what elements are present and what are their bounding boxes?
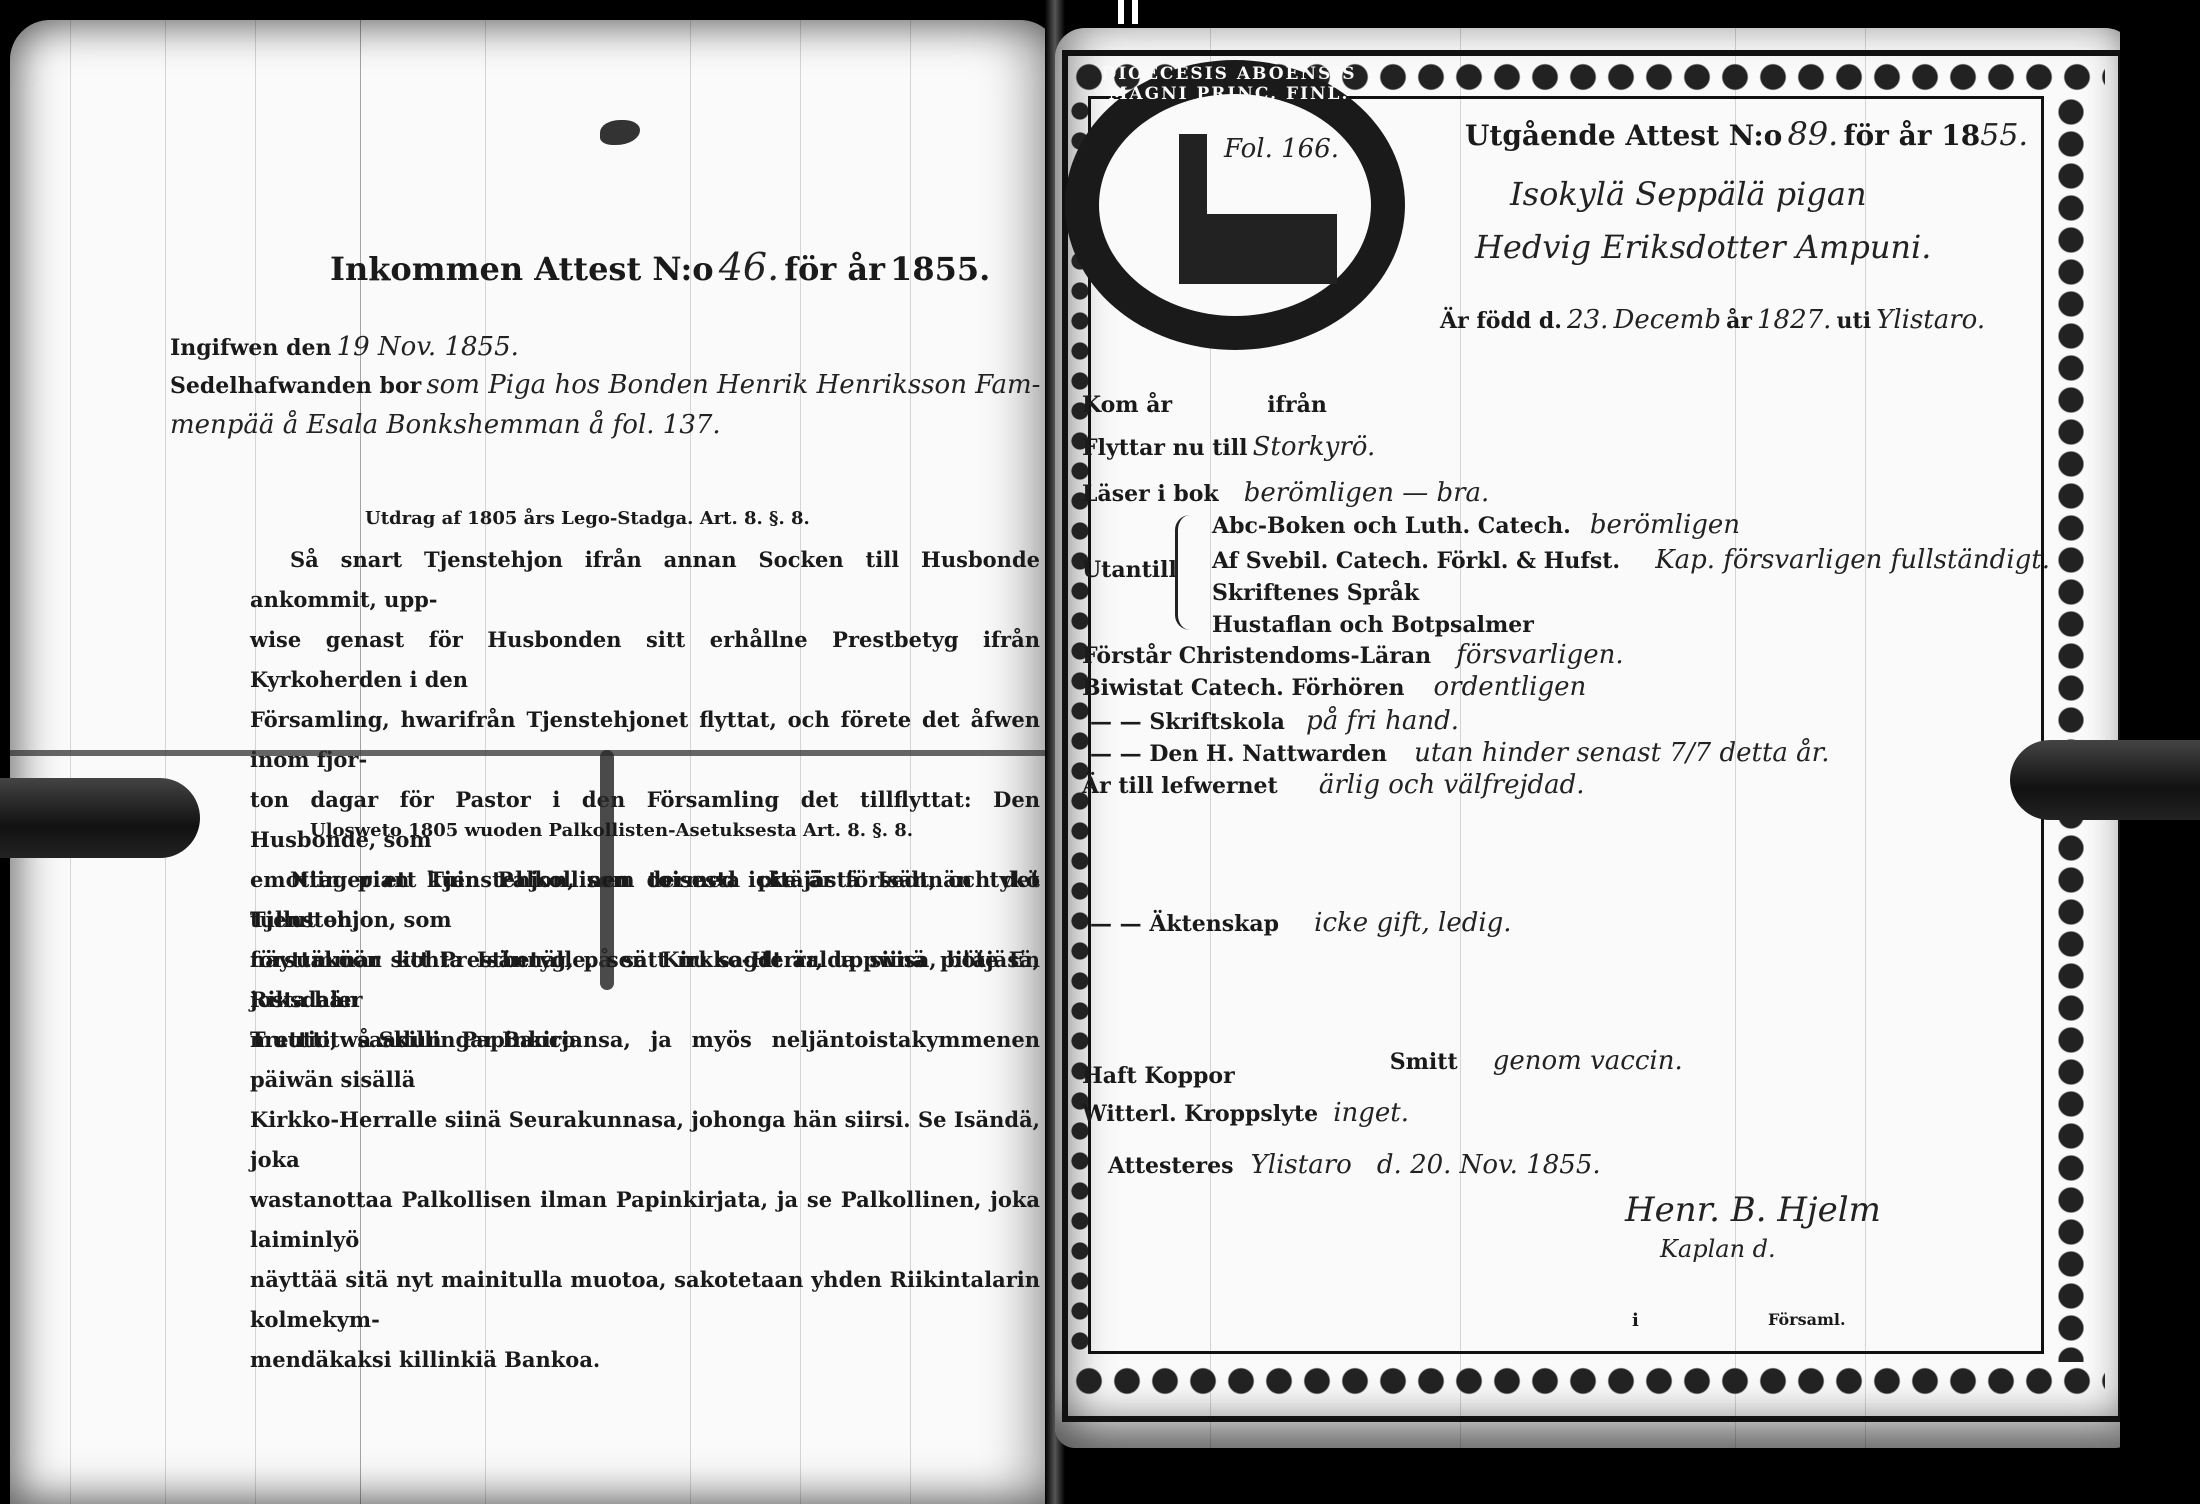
field-ingifwen: Ingifwen den 19 Nov. 1855. xyxy=(170,332,519,362)
field-label: — — Den H. Nattwarden xyxy=(1090,741,1387,767)
field-value: ordentligen xyxy=(1434,672,1587,702)
field-nattwarden: — — Den H. Nattwarden utan hinder senast… xyxy=(1090,738,1830,768)
name-line-1: Isokylä Seppälä pigan xyxy=(1510,175,1867,213)
utantill-item-1: Abc-Boken och Luth. Catech. berömligen xyxy=(1212,510,1740,540)
left-page: Inkommen Attest N:o 46. för år 1855. Ing… xyxy=(10,20,1060,1504)
field-value: Storkyrö. xyxy=(1253,432,1376,462)
field-label: — — Äktenskap xyxy=(1090,911,1279,937)
field-sedelhafwanden-cont: menpää å Esala Bonkshemman å fol. 137. xyxy=(170,410,721,440)
text-line: wise genast för Husbonden sitt erhållne … xyxy=(250,620,1040,700)
field-flyttar: Flyttar nu till Storkyrö. xyxy=(1082,432,1375,462)
utantill-item-4: Hustaflan och Botpsalmer xyxy=(1212,612,1534,638)
text-line: Församling, hwarifrån Tjenstehjonet flyt… xyxy=(250,700,1040,780)
binding-clip-right xyxy=(2010,740,2200,820)
text-line: wastanottaa Palkollisen ilman Papinkirja… xyxy=(250,1180,1040,1260)
field-value: utan hinder senast 7/7 detta år. xyxy=(1414,738,1829,768)
decorative-border-bottom xyxy=(1070,1362,2105,1400)
born-day: 23. xyxy=(1567,305,1608,335)
signature-line-1: Henr. B. Hjelm xyxy=(1625,1190,1881,1230)
ink-blot xyxy=(600,120,640,145)
title-printed-mid: för år xyxy=(784,250,885,288)
outgoing-attest-title: Utgående Attest N:o 89. för år 1855. xyxy=(1465,115,2028,153)
text-line: Kirkko-Herralle siinä Seurakunnasa, joho… xyxy=(250,1100,1040,1180)
field-value: på fri hand. xyxy=(1306,706,1459,736)
field-label: Haft Koppor xyxy=(1082,1063,1235,1089)
field-skriftskola: — — Skriftskola på fri hand. xyxy=(1090,706,1459,736)
field-label: ifrån xyxy=(1267,392,1327,418)
born-month: Decemb xyxy=(1613,305,1720,335)
attest-date: d. 20. Nov. 1855. xyxy=(1377,1150,1601,1180)
attest-place: Ylistaro xyxy=(1251,1150,1352,1180)
field-value: menpää å Esala Bonkshemman å fol. 137. xyxy=(170,410,721,440)
field-sedelhafwanden: Sedelhafwanden bor som Piga hos Bonden H… xyxy=(170,370,1040,400)
field-attesteres: Attesteres Ylistaro d. 20. Nov. 1855. xyxy=(1108,1150,1601,1180)
extract-swedish-heading: Utdrag af 1805 års Lego-Stadga. Art. 8. … xyxy=(365,508,810,529)
field-label: Förstår Christendoms-Läran xyxy=(1082,643,1431,669)
field-label: Kom år xyxy=(1082,392,1172,418)
field-kroppslyte: Witterl. Kroppslyte inget. xyxy=(1082,1098,1409,1128)
field-label: år xyxy=(1726,308,1752,334)
field-label: Biwistat Catech. Förhören xyxy=(1082,675,1404,701)
title-printed-mid: för år 18 xyxy=(1843,119,1980,152)
field-value: berömligen — bra. xyxy=(1244,478,1490,508)
text-line: näyttäköön kohta Isännälle, sen Kirkko-H… xyxy=(250,940,1040,1020)
footer-forsaml: Församl. xyxy=(1768,1310,1846,1329)
church-icon-nave xyxy=(1207,214,1337,284)
marker-tick xyxy=(1118,0,1124,24)
field-label: Smitt xyxy=(1390,1049,1458,1075)
utantill-label: Utantill xyxy=(1082,557,1177,583)
field-label: Är till lefwernet xyxy=(1082,773,1278,799)
title-number: 46. xyxy=(719,245,779,289)
text-line: Niin pian kuin Palkollinen toisesta pitä… xyxy=(250,860,1040,940)
field-biwistat: Biwistat Catech. Förhören ordentligen xyxy=(1082,672,1586,702)
field-value: Kap. försvarligen fullständigt. xyxy=(1655,545,2050,575)
text-line: muutti, saadun Papinkirjansa, ja myös ne… xyxy=(250,1020,1040,1100)
utantill-item-2: Af Svebil. Catech. Förkl. & Hufst. Kap. … xyxy=(1212,545,2050,575)
utantill-brace xyxy=(1175,515,1190,630)
title-printed-prefix: Inkommen Attest N:o xyxy=(330,250,714,288)
church-icon-tower xyxy=(1179,134,1207,284)
utantill-item-3: Skriftenes Språk xyxy=(1212,580,1419,606)
incoming-attest-title: Inkommen Attest N:o 46. för år 1855. xyxy=(330,245,990,289)
field-label: — — Skriftskola xyxy=(1090,709,1285,735)
field-lefwernet: Är till lefwernet ärlig och välfrejdad. xyxy=(1082,770,1585,800)
field-label: Läser i bok xyxy=(1082,481,1219,507)
field-kom-ar: Kom år ifrån xyxy=(1082,392,1327,418)
field-label: Är född d. xyxy=(1440,308,1562,334)
footer-mark: i xyxy=(1632,1310,1639,1331)
field-label: uti xyxy=(1837,308,1872,334)
diocese-seal: DIOECESIS ABOENSIS MAGNI PRINC. FINL. Fo… xyxy=(1065,60,1405,350)
title-number: 89. xyxy=(1787,115,1838,153)
text-line: mendäkaksi killinkiä Bankoa. xyxy=(250,1340,1040,1380)
field-value: försvarligen. xyxy=(1456,640,1623,670)
field-value: genom vaccin. xyxy=(1493,1046,1683,1076)
field-value: berömligen xyxy=(1590,510,1740,540)
field-label: Af Svebil. Catech. Förkl. & Hufst. xyxy=(1212,548,1620,574)
name-line-2: Hedvig Eriksdotter Ampuni. xyxy=(1475,228,1931,266)
field-koppor: Haft Koppor Smitt genom vaccin. xyxy=(1082,1060,1683,1090)
title-printed-prefix: Utgående Attest N:o xyxy=(1465,119,1782,152)
born-year: 1827. xyxy=(1757,305,1831,335)
signature-line-2: Kaplan d. xyxy=(1660,1235,1776,1263)
field-label: Flyttar nu till xyxy=(1082,435,1247,461)
text-line: Så snart Tjenstehjon ifrån annan Socken … xyxy=(250,540,1040,620)
field-label: Abc-Boken och Luth. Catech. xyxy=(1212,513,1571,539)
extract-finnish-body: Niin pian kuin Palkollinen toisesta pitä… xyxy=(250,860,1040,1380)
title-year-suffix: 55. xyxy=(1980,118,2028,153)
field-value: ärlig och välfrejdad. xyxy=(1319,770,1585,800)
field-forstar: Förstår Christendoms-Läran försvarligen. xyxy=(1082,640,1624,670)
field-aktenskap: — — Äktenskap icke gift, ledig. xyxy=(1090,908,1512,938)
field-value: icke gift, ledig. xyxy=(1314,908,1511,938)
decorative-border-right xyxy=(2050,96,2092,1362)
field-value: som Piga hos Bonden Henrik Henriksson Fa… xyxy=(426,370,1040,400)
field-value: 19 Nov. 1855. xyxy=(337,332,519,362)
seal-folio: Fol. 166. xyxy=(1224,134,1339,164)
text-line: näyttää sitä nyt mainitulla muotoa, sako… xyxy=(250,1260,1040,1340)
born-place: Ylistaro. xyxy=(1876,305,1985,335)
field-label: Attesteres xyxy=(1108,1153,1234,1179)
field-label: Witterl. Kroppslyte xyxy=(1082,1101,1318,1127)
extract-finnish-heading: Ulosweto 1805 wuoden Palkollisten-Asetuk… xyxy=(310,820,913,841)
field-born: Är född d. 23. Decemb år 1827. uti Ylist… xyxy=(1440,305,1985,335)
field-label: Sedelhafwanden bor xyxy=(170,373,421,399)
field-value: inget. xyxy=(1333,1098,1409,1128)
fold-stain xyxy=(10,750,1050,756)
seal-ring-text: DIOECESIS ABOENSIS MAGNI PRINC. FINL. xyxy=(1089,64,1369,104)
field-laser-i-bok: Läser i bok berömligen — bra. xyxy=(1082,478,1489,508)
decorative-border-left xyxy=(1070,96,1090,1362)
marker-tick xyxy=(1132,0,1138,24)
field-label: Ingifwen den xyxy=(170,335,331,361)
title-year: 1855. xyxy=(890,250,990,288)
binding-clip-left xyxy=(0,778,200,858)
